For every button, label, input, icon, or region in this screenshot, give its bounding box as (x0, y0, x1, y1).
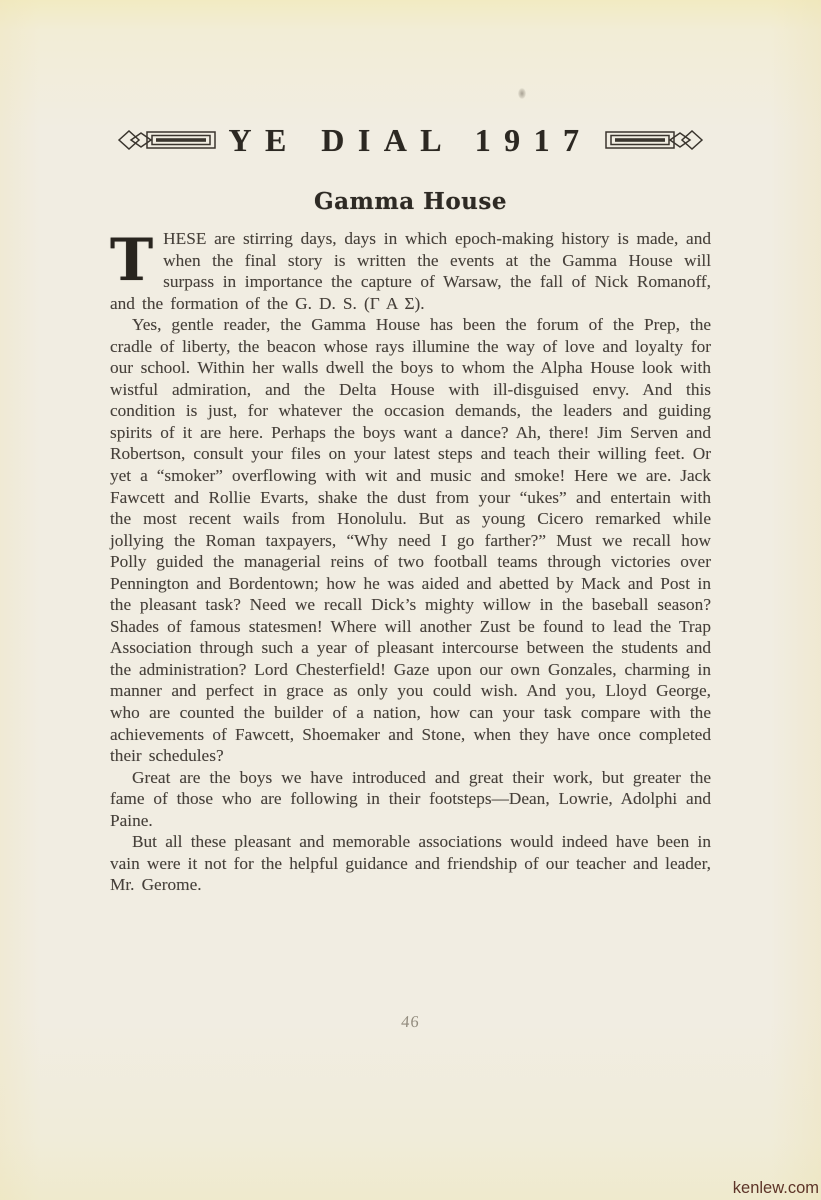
dropcap-letter: T (110, 228, 163, 288)
ornament-left-icon (117, 126, 217, 154)
article-body: THESE are stirring days, days in which e… (110, 228, 711, 896)
watermark: kenlew.com (733, 1179, 819, 1198)
paragraph: But all these pleasant and memorable ass… (110, 831, 711, 896)
page-number: 46 (109, 1012, 711, 1032)
ornament-right-icon (604, 126, 704, 154)
masthead: YE DIAL 1917 (0, 121, 821, 159)
paragraph-text: HESE are stirring days, days in which ep… (110, 229, 711, 313)
paragraph: Great are the boys we have introduced an… (110, 767, 711, 832)
paper-speck (518, 88, 526, 99)
yearbook-page: YE DIAL 1917 Gamma House THESE are stirr… (0, 0, 821, 1200)
paragraph: Yes, gentle reader, the Gamma House has … (110, 314, 711, 766)
section-title: Gamma House (110, 188, 711, 215)
paragraph-dropcap: THESE are stirring days, days in which e… (110, 228, 711, 314)
page-title: YE DIAL 1917 (229, 122, 593, 159)
